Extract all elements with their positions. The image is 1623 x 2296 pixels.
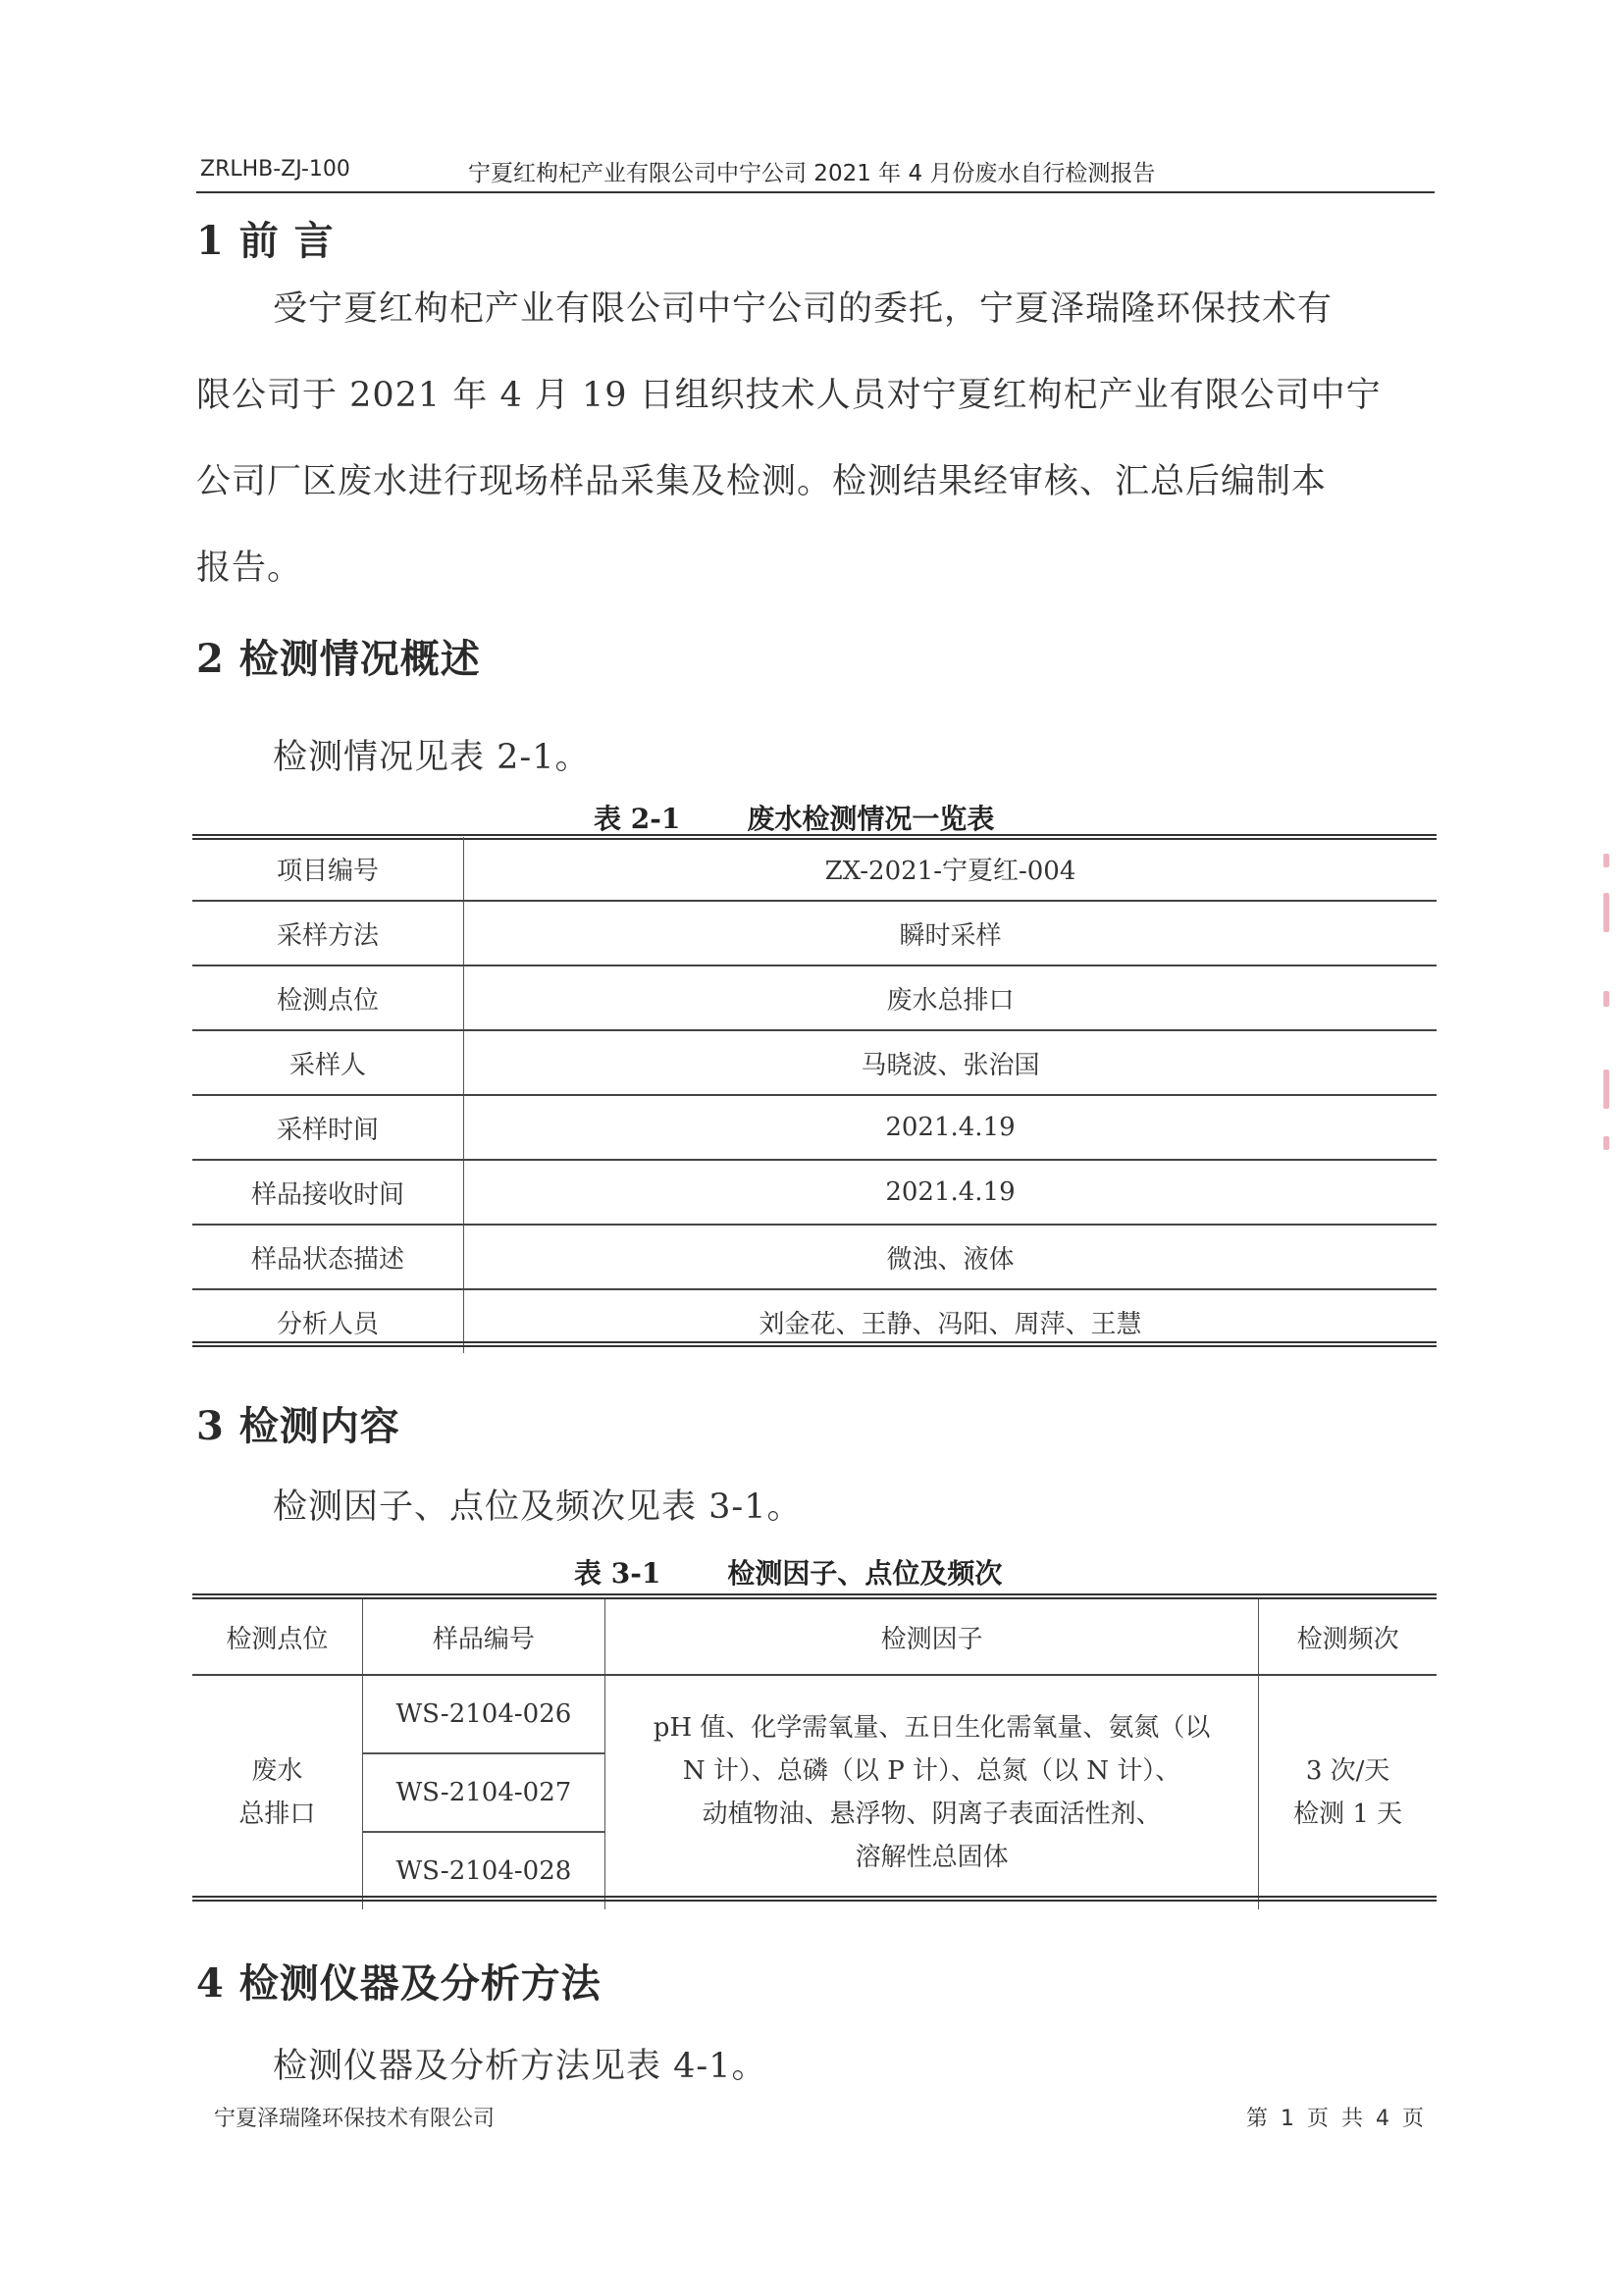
paragraph-line: 限公司于 2021 年 4 月 19 日组织技术人员对宁夏红枸杞产业有限公司中宁 <box>196 352 1438 439</box>
column-header: 样品编号 <box>362 1599 604 1675</box>
table-header-row: 检测点位 样品编号 检测因子 检测频次 <box>192 1599 1437 1675</box>
row-key: 采样时间 <box>192 1095 464 1160</box>
preface-paragraph: 受宁夏红枸杞产业有限公司中宁公司的委托，宁夏泽瑞隆环保技术有 限公司于 2021… <box>196 266 1438 611</box>
table-3-1-caption: 表 3-1检测因子、点位及频次 <box>574 1552 1002 1592</box>
footer-page-info: 第 1 页 共 4 页 <box>1246 2102 1424 2132</box>
paragraph-line: 公司厂区废水进行现场样品采集及检测。检测结果经审核、汇总后编制本 <box>196 439 1438 525</box>
row-key: 采样方法 <box>192 901 464 965</box>
row-value: 2021.4.19 <box>464 1160 1438 1225</box>
section-3-lead: 检测因子、点位及频次见表 3-1。 <box>273 1480 803 1529</box>
sample-id: WS-2104-027 <box>362 1753 604 1832</box>
row-key: 样品接收时间 <box>192 1160 464 1225</box>
seal-stamp-fragment <box>1599 844 1619 1168</box>
section-heading-2: 2 检测情况概述 <box>196 628 481 684</box>
column-header: 检测点位 <box>192 1599 362 1675</box>
header-title: 宁夏红枸杞产业有限公司中宁公司 2021 年 4 月份废水自行检测报告 <box>468 155 1155 187</box>
table-row: 项目编号ZX-2021-宁夏红-004 <box>192 837 1437 901</box>
row-key: 项目编号 <box>192 837 464 901</box>
page-header: ZRLHB-ZJ-100 宁夏红枸杞产业有限公司中宁公司 2021 年 4 月份… <box>196 155 1433 190</box>
table-row: 废水 总排口 WS-2104-026 pH 值、化学需氧量、五日生化需氧量、氨氮… <box>192 1675 1437 1753</box>
section-heading-4: 4 检测仪器及分析方法 <box>196 1953 602 2009</box>
paragraph-line: 受宁夏红枸杞产业有限公司中宁公司的委托，宁夏泽瑞隆环保技术有 <box>196 266 1438 352</box>
row-value: 瞬时采样 <box>464 901 1438 965</box>
row-key: 检测点位 <box>192 965 464 1030</box>
document-page: ZRLHB-ZJ-100 宁夏红枸杞产业有限公司中宁公司 2021 年 4 月份… <box>0 0 1623 2296</box>
section-heading-3: 3 检测内容 <box>196 1395 400 1451</box>
table-3-1: 检测点位 样品编号 检测因子 检测频次 废水 总排口 WS-2104-026 p… <box>192 1599 1437 1909</box>
paragraph-line: 报告。 <box>196 525 1438 611</box>
table-row: 样品接收时间2021.4.19 <box>192 1160 1437 1225</box>
table-row: 检测点位废水总排口 <box>192 965 1437 1030</box>
header-rule <box>196 191 1435 193</box>
row-value: 微浊、液体 <box>464 1225 1438 1289</box>
table-row: 采样人马晓波、张治国 <box>192 1030 1437 1095</box>
row-value: ZX-2021-宁夏红-004 <box>464 837 1438 901</box>
table-2-1-bottom-rule <box>192 1341 1437 1347</box>
location-cell: 废水 总排口 <box>192 1675 362 1909</box>
column-header: 检测因子 <box>604 1599 1258 1675</box>
row-key: 样品状态描述 <box>192 1225 464 1289</box>
doc-code: ZRLHB-ZJ-100 <box>200 157 350 182</box>
table-row: 采样时间2021.4.19 <box>192 1095 1437 1160</box>
section-heading-1: 1 前 言 <box>196 210 335 266</box>
row-value: 马晓波、张治国 <box>464 1030 1438 1095</box>
table-row: 采样方法瞬时采样 <box>192 901 1437 965</box>
factors-cell: pH 值、化学需氧量、五日生化需氧量、氨氮（以 N 计）、总磷（以 P 计）、总… <box>604 1675 1258 1909</box>
table-2-1: 项目编号ZX-2021-宁夏红-004 采样方法瞬时采样 检测点位废水总排口 采… <box>192 837 1437 1353</box>
row-key: 采样人 <box>192 1030 464 1095</box>
row-value: 废水总排口 <box>464 965 1438 1030</box>
table-row: 样品状态描述微浊、液体 <box>192 1225 1437 1289</box>
sample-id: WS-2104-026 <box>362 1675 604 1753</box>
row-value: 2021.4.19 <box>464 1095 1438 1160</box>
table-2-1-caption: 表 2-1废水检测情况一览表 <box>594 798 994 837</box>
footer-company: 宁夏泽瑞隆环保技术有限公司 <box>214 2102 495 2132</box>
section-2-lead: 检测情况见表 2-1。 <box>273 730 591 779</box>
table-3-1-bottom-rule <box>192 1896 1437 1902</box>
column-header: 检测频次 <box>1259 1599 1437 1675</box>
section-4-lead: 检测仪器及分析方法见表 4-1。 <box>273 2039 767 2088</box>
frequency-cell: 3 次/天 检测 1 天 <box>1259 1675 1437 1909</box>
